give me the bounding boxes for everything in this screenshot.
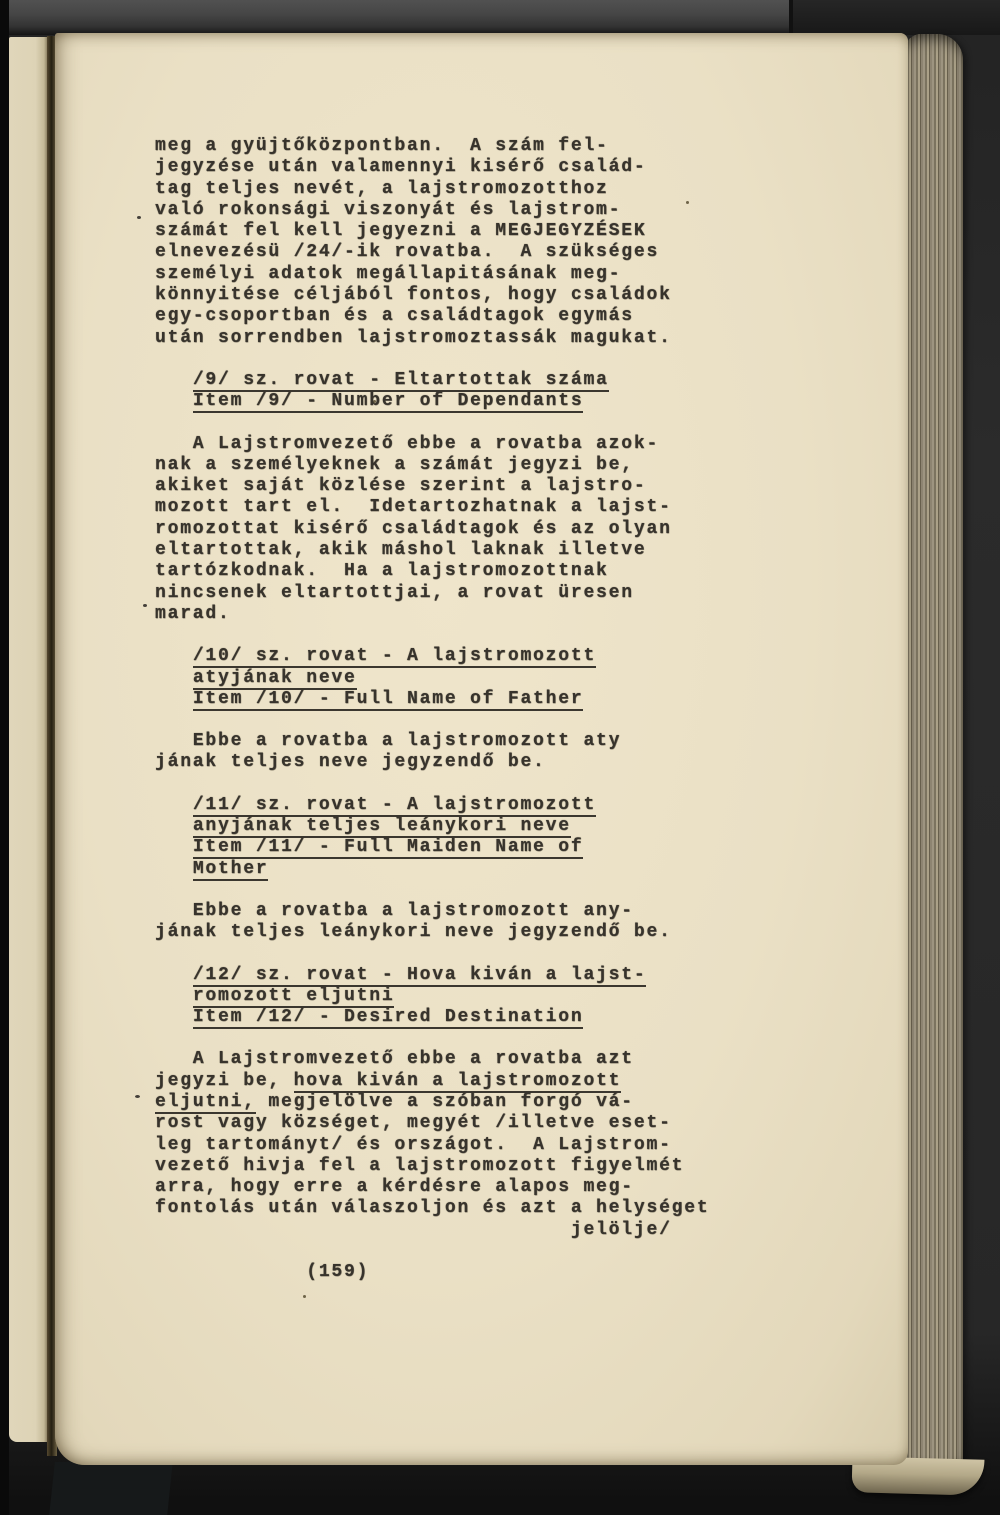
section-heading: /10/ sz. rovat - A lajstromozott atyjána… (155, 646, 745, 710)
text-segment: A Lajstromvezető ebbe a rovatba azt (155, 1049, 634, 1069)
scanned-book-photo: { "colors": { "paper": "#eae0c5", "ink":… (0, 0, 1000, 1515)
paragraph: Ebbe a rovatba a lajstromozott atyjának … (155, 731, 745, 774)
text-line: Item /9/ - Number of Dependants (155, 391, 745, 412)
fore-edge-page-stack (905, 34, 963, 1486)
text-segment (155, 795, 193, 815)
text-line: eljutni, megjelölve a szóban forgó vá- (155, 1092, 745, 1113)
previous-page-edge (9, 37, 47, 1442)
text-line: mozott tart el. Idetartozhatnak a lajst- (155, 497, 745, 518)
text-segment (155, 859, 193, 879)
text-line: fontolás után válaszoljon és azt a helys… (155, 1198, 745, 1219)
text-segment: leg tartományt/ és országot. A Lajstrom- (155, 1135, 672, 1155)
text-line: eltartottak, akik máshol laknak illetve (155, 540, 745, 561)
underlined-text: atyjának neve (193, 668, 357, 690)
text-segment: fontolás után válaszoljon és azt a helys… (155, 1198, 709, 1218)
text-line: elnevezésü /24/-ik rovatba. A szükséges (155, 242, 745, 263)
text-line: jának teljes neve jegyzendő be. (155, 752, 745, 773)
text-segment: vezető hivja fel a lajstromozott figyelm… (155, 1156, 684, 1176)
underlined-text: /11/ sz. rovat - A lajstromozott (193, 795, 596, 817)
text-segment: egy-csoportban és a családtagok egymás (155, 306, 634, 326)
text-line: leg tartományt/ és országot. A Lajstrom- (155, 1135, 745, 1156)
text-line: Ebbe a rovatba a lajstromozott any- (155, 901, 745, 922)
text-segment: jegyzi be, (155, 1071, 294, 1091)
text-line: Item /12/ - Desired Destination (155, 1007, 745, 1028)
text-line: romozottat kisérő családtagok és az olya… (155, 519, 745, 540)
underlined-text: Item /9/ - Number of Dependants (193, 391, 584, 413)
book-board-shadow (49, 1462, 173, 1515)
text-line: tag teljes nevét, a lajstromozotthoz (155, 179, 745, 200)
scanner-background-top-right (792, 0, 1000, 35)
text-segment: A Lajstromvezető ebbe a rovatba azok- (155, 434, 659, 454)
text-segment: rost vagy községet, megyét /illetve eset… (155, 1113, 672, 1133)
section-heading: /12/ sz. rovat - Hova kiván a lajst- rom… (155, 965, 745, 1029)
background-seam (789, 0, 793, 35)
text-segment (155, 837, 193, 857)
text-segment: személyi adatok megállapitásának meg- (155, 264, 621, 284)
scanner-background-top (0, 0, 792, 35)
text-segment: tag teljes nevét, a lajstromozotthoz (155, 179, 609, 199)
text-line: jegyzi be, hova kiván a lajstromozott (155, 1071, 745, 1092)
text-segment (155, 965, 193, 985)
text-line: személyi adatok megállapitásának meg- (155, 264, 745, 285)
section-heading: /9/ sz. rovat - Eltartottak száma Item /… (155, 370, 745, 413)
text-segment (155, 986, 193, 1006)
text-line: rost vagy községet, megyét /illetve eset… (155, 1113, 745, 1134)
text-segment: tartózkodnak. Ha a lajstromozottnak (155, 561, 609, 581)
text-line: egy-csoportban és a családtagok egymás (155, 306, 745, 327)
text-segment: akiket saját közlése szerint a lajstro- (155, 476, 646, 496)
text-segment (155, 689, 193, 709)
text-line: jának teljes leánykori neve jegyzendő be… (155, 922, 745, 943)
text-segment: meg a gyüjtőközpontban. A szám fel- (155, 136, 609, 156)
text-line: romozott eljutni (155, 986, 745, 1007)
text-segment: jának teljes leánykori neve jegyzendő be… (155, 922, 672, 942)
text-line: /11/ sz. rovat - A lajstromozott (155, 795, 745, 816)
text-segment: számát fel kell jegyezni a MEGJEGYZÉSEK (155, 221, 646, 241)
paragraph: meg a gyüjtőközpontban. A szám fel-jegyz… (155, 136, 745, 349)
text-segment: arra, hogy erre a kérdésre alapos meg- (155, 1177, 634, 1197)
text-segment: nak a személyeknek a számát jegyzi be, (155, 455, 634, 475)
text-line: nincsenek eltartottjai, a rovat üresen (155, 583, 745, 604)
text-line: A Lajstromvezető ebbe a rovatba azok- (155, 434, 745, 455)
text-line: Item /11/ - Full Maiden Name of (155, 837, 745, 858)
text-line: jelölje/ (155, 1220, 745, 1241)
text-line: után sorrendben lajstromoztassák magukat… (155, 328, 745, 349)
text-segment (155, 668, 193, 688)
text-segment: után sorrendben lajstromoztassák magukat… (155, 328, 672, 348)
text-line: /10/ sz. rovat - A lajstromozott (155, 646, 745, 667)
page-number: (159) (155, 1262, 745, 1283)
underlined-text: Item /12/ - Desired Destination (193, 1007, 584, 1029)
text-line: anyjának teljes leánykori neve (155, 816, 745, 837)
paragraph: A Lajstromvezető ebbe a rovatba azok-nak… (155, 434, 745, 626)
text-line: tartózkodnak. Ha a lajstromozottnak (155, 561, 745, 582)
underlined-text: anyjának teljes leánykori neve (193, 816, 571, 838)
text-segment: elnevezésü /24/-ik rovatba. A szükséges (155, 242, 659, 262)
underlined-text: /9/ sz. rovat - Eltartottak száma (193, 370, 609, 392)
underlined-text: hova kiván a lajstromozott (294, 1071, 622, 1093)
text-segment (155, 816, 193, 836)
text-line: Mother (155, 859, 745, 880)
text-line: (159) (155, 1262, 745, 1283)
underlined-text: /10/ sz. rovat - A lajstromozott (193, 646, 596, 668)
text-line: A Lajstromvezető ebbe a rovatba azt (155, 1049, 745, 1070)
paper-speck (303, 1295, 306, 1298)
text-segment: való rokonsági viszonyát és lajstrom- (155, 200, 621, 220)
text-segment: eltartottak, akik máshol laknak illetve (155, 540, 646, 560)
text-segment: Ebbe a rovatba a lajstromozott aty (155, 731, 621, 751)
text-line: meg a gyüjtőközpontban. A szám fel- (155, 136, 745, 157)
text-line: /9/ sz. rovat - Eltartottak száma (155, 370, 745, 391)
text-line: számát fel kell jegyezni a MEGJEGYZÉSEK (155, 221, 745, 242)
text-segment: romozottat kisérő családtagok és az olya… (155, 519, 672, 539)
text-line: nak a személyeknek a számát jegyzi be, (155, 455, 745, 476)
text-line: jegyzése után valamennyi kisérő család- (155, 157, 745, 178)
underlined-text: /12/ sz. rovat - Hova kiván a lajst- (193, 965, 647, 987)
text-segment (155, 391, 193, 411)
ink-speck (143, 604, 147, 607)
text-line: való rokonsági viszonyát és lajstrom- (155, 200, 745, 221)
text-segment: (159) (155, 1262, 369, 1282)
paragraph: A Lajstromvezető ebbe a rovatba aztjegyz… (155, 1049, 745, 1241)
text-segment: könnyitése céljából fontos, hogy családo… (155, 285, 672, 305)
text-segment: jegyzése után valamennyi kisérő család- (155, 157, 646, 177)
text-line: akiket saját közlése szerint a lajstro- (155, 476, 745, 497)
text-segment: jának teljes neve jegyzendő be. (155, 752, 546, 772)
text-line: könnyitése céljából fontos, hogy családo… (155, 285, 745, 306)
scan-left-edge (0, 0, 9, 1515)
ink-speck (137, 216, 141, 219)
text-line: vezető hivja fel a lajstromozott figyelm… (155, 1156, 745, 1177)
text-line: arra, hogy erre a kérdésre alapos meg- (155, 1177, 745, 1198)
paragraph: Ebbe a rovatba a lajstromozott any-jának… (155, 901, 745, 944)
text-line: /12/ sz. rovat - Hova kiván a lajst- (155, 965, 745, 986)
text-line: Item /10/ - Full Name of Father (155, 689, 745, 710)
text-segment: jelölje/ (155, 1220, 672, 1240)
underlined-text: Item /11/ - Full Maiden Name of (193, 837, 584, 859)
underlined-text: eljutni, (155, 1092, 256, 1114)
ink-speck (135, 1095, 140, 1098)
typewritten-text: meg a gyüjtőközpontban. A szám fel-jegyz… (155, 136, 745, 1283)
text-segment: megjelölve a szóban forgó vá- (256, 1092, 634, 1112)
text-line: marad. (155, 604, 745, 625)
underlined-text: Mother (193, 859, 269, 881)
text-segment: mozott tart el. Idetartozhatnak a lajst- (155, 497, 672, 517)
underlined-text: romozott eljutni (193, 986, 395, 1008)
text-segment (155, 370, 193, 390)
underlined-text: Item /10/ - Full Name of Father (193, 689, 584, 711)
text-segment: Ebbe a rovatba a lajstromozott any- (155, 901, 634, 921)
text-segment (155, 646, 193, 666)
text-line: Ebbe a rovatba a lajstromozott aty (155, 731, 745, 752)
text-line: atyjának neve (155, 668, 745, 689)
text-segment: nincsenek eltartottjai, a rovat üresen (155, 583, 634, 603)
section-heading: /11/ sz. rovat - A lajstromozott anyjána… (155, 795, 745, 880)
text-segment: marad. (155, 604, 231, 624)
text-segment (155, 1007, 193, 1027)
